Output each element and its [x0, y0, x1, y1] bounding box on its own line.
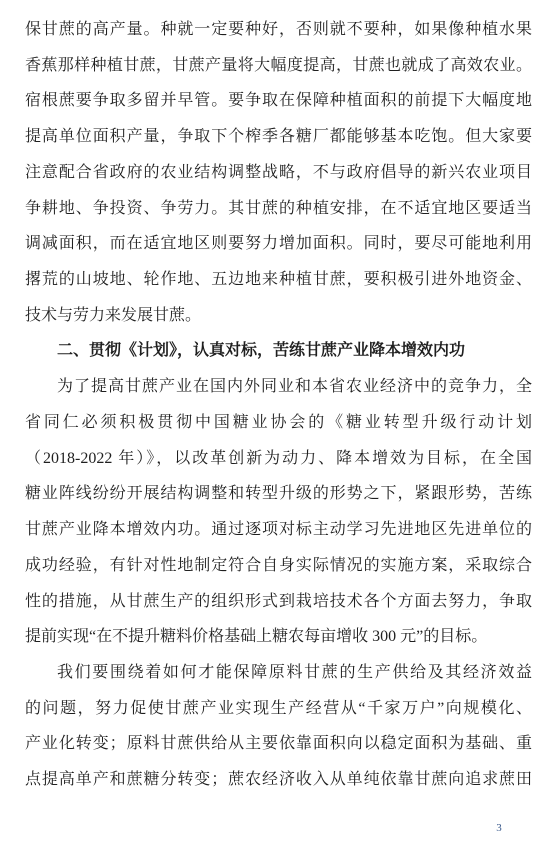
text-line: 提前实现“在不提升糖料价格基础上糖农每亩增收 300 元”的目标。: [25, 619, 532, 655]
text-line: （2018-2022 年）》，以改革创新为动力、降本增效为目标，在全国: [25, 441, 532, 477]
text-line: 注意配合省政府的农业结构调整战略，不与政府倡导的新兴农业项目: [25, 155, 532, 191]
text-line: 我们要围绕着如何才能保障原料甘蔗的生产供给及其经济效益: [25, 655, 532, 691]
text-line: 的问题，努力促使甘蔗产业实现生产经营从“千家万户”向规模化、: [25, 691, 532, 727]
text-line: 糖业阵线纷纷开展结构调整和转型升级的形势之下，紧跟形势，苦练: [25, 476, 532, 512]
text-line: 争耕地、争投资、争劳力。其甘蔗的种植安排，在不适宜地区要适当: [25, 191, 532, 227]
text-line: 宿根蔗要争取多留并早管。要争取在保障种植面积的前提下大幅度地: [25, 83, 532, 119]
text-line: 提高单位面积产量，争取下个榨季各糖厂都能够基本吃饱。但大家要: [25, 119, 532, 155]
page-number: 3: [492, 821, 506, 835]
text-line: 成功经验，有针对性地制定符合自身实际情况的实施方案，采取综合: [25, 548, 532, 584]
text-line: 甘蔗产业降本增效内功。通过逐项对标主动学习先进地区先进单位的: [25, 512, 532, 548]
text-line: 调减面积，而在适宜地区则要努力增加面积。同时，要尽可能地利用: [25, 226, 532, 262]
text-line: 撂荒的山坡地、轮作地、五边地来种植甘蔗，要积极引进外地资金、: [25, 262, 532, 298]
text-line: 为了提高甘蔗产业在国内外同业和本省农业经济中的竞争力，全: [25, 369, 532, 405]
document-page: 保甘蔗的高产量。种就一定要种好，否则就不要种，如果像种植水果香蕉那样种植甘蔗，甘…: [0, 0, 557, 856]
text-line: 技术与劳力来发展甘蔗。: [25, 298, 532, 334]
text-line: 产业化转变；原料甘蔗供给从主要依靠面积向以稳定面积为基础、重: [25, 726, 532, 762]
text-line: 保甘蔗的高产量。种就一定要种好，否则就不要种，如果像种植水果: [25, 12, 532, 48]
section-heading: 二、贯彻《计划》，认真对标，苦练甘蔗产业降本增效内功: [25, 333, 532, 369]
text-line: 香蕉那样种植甘蔗，甘蔗产量将大幅度提高，甘蔗也就成了高效农业。: [25, 48, 532, 84]
text-block: 保甘蔗的高产量。种就一定要种好，否则就不要种，如果像种植水果香蕉那样种植甘蔗，甘…: [25, 12, 532, 798]
text-line: 省同仁必须积极贯彻中国糖业协会的《糖业转型升级行动计划: [25, 405, 532, 441]
text-line: 性的措施，从甘蔗生产的组织形式到栽培技术各个方面去努力，争取: [25, 584, 532, 620]
text-line: 点提高单产和蔗糖分转变；蔗农经济收入从单纯依靠甘蔗向追求蔗田: [25, 762, 532, 798]
